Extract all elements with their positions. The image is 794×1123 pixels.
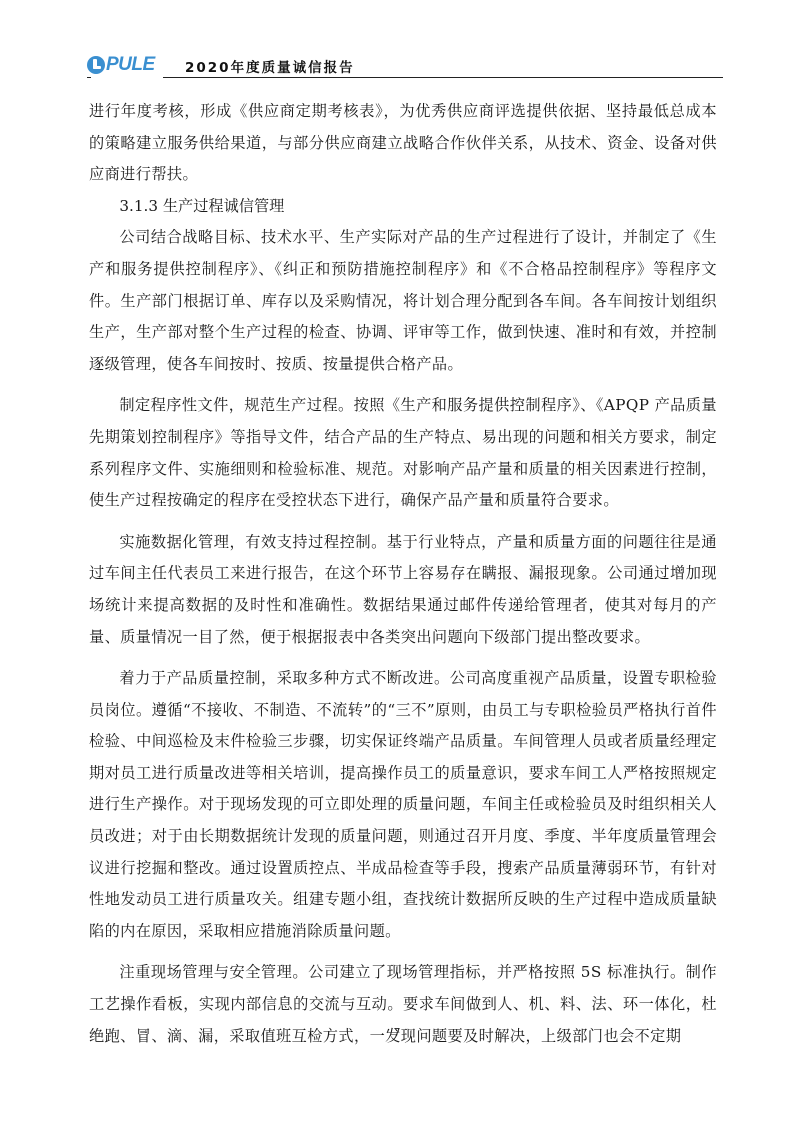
report-title: 2020年度质量诚信报告 xyxy=(185,56,355,76)
document-body: 进行年度考核，形成《供应商定期考核表》，为优秀供应商评选提供依据、坚持最低总成本… xyxy=(89,96,717,1052)
header-rule-gap xyxy=(87,76,163,79)
paragraph-quality-control: 着力于产品质量控制，采取多种方式不断改进。公司高度重视产品质量，设置专职检验员岗… xyxy=(89,663,717,947)
company-logo: PULE xyxy=(87,54,155,76)
logo-mark-icon xyxy=(87,56,105,74)
paragraph-data-management: 实施数据化管理，有效支持过程控制。基于行业特点，产量和质量方面的问题往往是通过车… xyxy=(89,527,717,653)
paragraph-procedure-documents: 制定程序性文件，规范生产过程。按照《生产和服务提供控制程序》、《APQP 产品质… xyxy=(89,390,717,516)
page-header: PULE 2020年度质量诚信报告 xyxy=(87,52,723,78)
paragraph-process-design: 公司结合战略目标、技术水平、生产实际对产品的生产过程进行了设计，并制定了《生产和… xyxy=(89,222,717,380)
logo-text: PULE xyxy=(106,54,155,76)
page-number: 7 xyxy=(0,1026,794,1039)
header-rule xyxy=(87,77,723,78)
paragraph-supplier-assessment: 进行年度考核，形成《供应商定期考核表》，为优秀供应商评选提供依据、坚持最低总成本… xyxy=(89,96,717,191)
section-heading: 3.1.3 生产过程诚信管理 xyxy=(89,191,717,223)
